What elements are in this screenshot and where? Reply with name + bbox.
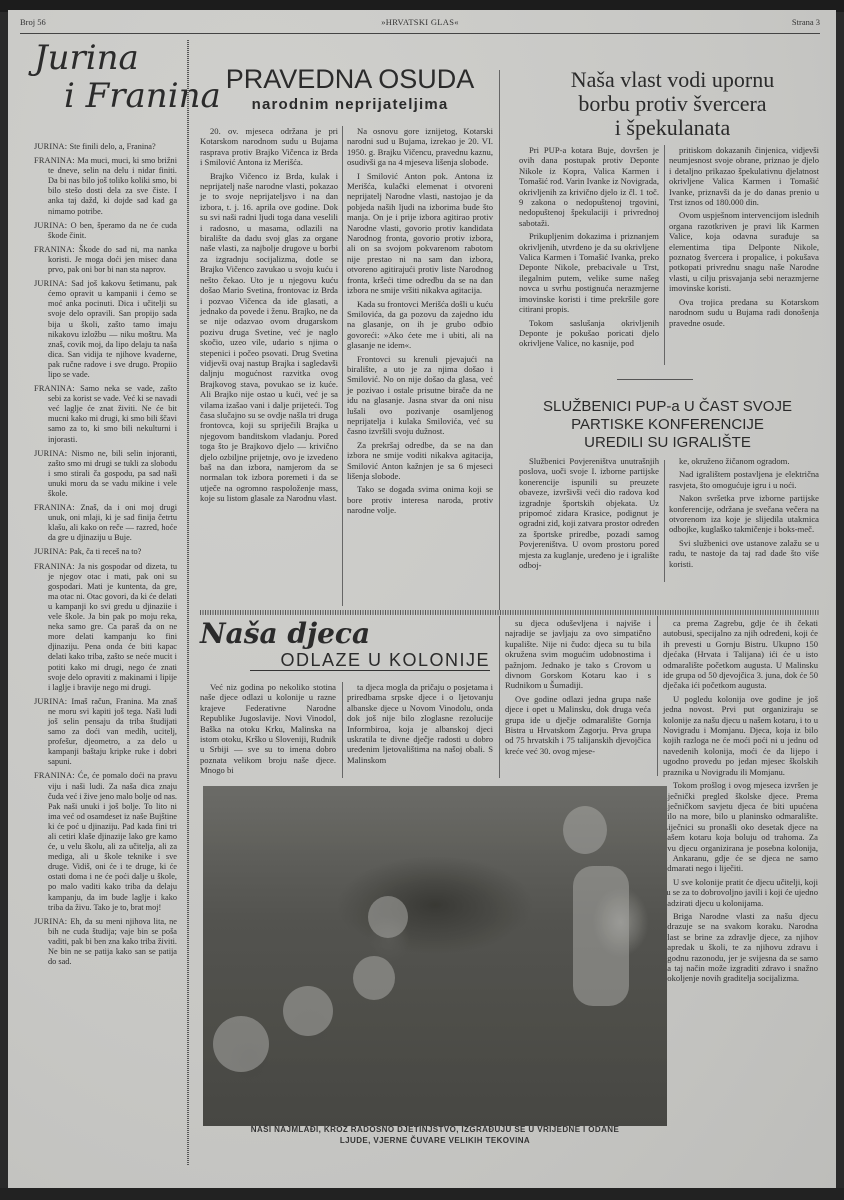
photo-figure [573, 866, 629, 1006]
masthead-rule [20, 33, 820, 34]
osuda-column-2: Na osnovu gore iznijetog, Kotarski narod… [347, 126, 493, 519]
paragraph: Prikupljenim dokazima i priznanjem okriv… [519, 231, 659, 314]
speaker-name: JURINA: [34, 449, 72, 458]
djeca-column-1: Već niz godina po nekoliko stotina naše … [200, 682, 336, 779]
svercer-headline-line3: i špekulanata [510, 116, 835, 140]
speaker-name: FRANINA: [34, 384, 80, 393]
masthead: Broj 56 »HRVATSKI GLAS« Strana 3 [20, 14, 820, 32]
dialogue-line: FRANINA: Će, će pomalo doći na pravu vij… [34, 771, 177, 912]
paragraph: 20. ov. mjeseca održana je pri Kotarskom… [200, 126, 338, 168]
osuda-column-1: 20. ov. mjeseca održana je pri Kotarskom… [200, 126, 338, 507]
column-divider [342, 682, 343, 778]
paragraph: I Smilović Anton pok. Antona iz Merišća,… [347, 171, 493, 296]
paragraph: Već niz godina po nekoliko stotina naše … [200, 682, 336, 776]
paragraph: Kada su frontovci Merišća došli u kuću S… [347, 299, 493, 351]
igraliste-headline-line3: UREDILI SU IGRALIŠTE [515, 434, 820, 452]
djeca-column-2: ta djeca mogla da pričaju o posjetama i … [347, 682, 493, 768]
paragraph: Za prekršaj odredbe, da se na dan izbora… [347, 440, 493, 482]
osuda-subheadline: narodnim neprijateljima [200, 96, 500, 113]
caption-line-1: NAŠI NAJMLAĐI, KROZ RADOSNO DJETINJSTVO,… [205, 1124, 665, 1135]
dialogue-line: JURINA: Ste finili delo, a, Franina? [34, 142, 177, 152]
speaker-name: JURINA: [34, 917, 70, 926]
paragraph: pritiskom dokazanih činjenica, vidjevši … [669, 145, 819, 207]
section-rule [200, 610, 820, 615]
jurina-title-line1: Jurina [34, 40, 139, 76]
svercer-column-2: pritiskom dokazanih činjenica, vidjevši … [669, 145, 819, 331]
svercer-headline-line1: Naša vlast vodi upornu [510, 68, 835, 92]
djeca-headline-script: Naša djeca [200, 618, 370, 650]
osuda-headline: PRAVEDNA OSUDA [200, 64, 500, 94]
igraliste-column-2: ke, okruženo žičanom ogradom.Nad igrališ… [669, 456, 819, 572]
paragraph: Ova trojica predana su Kotarskom narodno… [669, 297, 819, 328]
page-number: Strana 3 [792, 17, 820, 27]
paragraph: ke, okruženo žičanom ogradom. [669, 456, 819, 466]
column-divider [342, 126, 343, 606]
column-divider [499, 616, 500, 778]
paragraph: Službenici Povjereništva unutrašnjih pos… [519, 456, 659, 570]
djeca-column-4: ca prema Zagrebu, gdje će ih čekati auto… [663, 618, 818, 987]
column-divider [664, 460, 665, 582]
paragraph: Na osnovu gore iznijetog, Kotarski narod… [347, 126, 493, 168]
paragraph: Frontovci su krenuli pjevajući na birali… [347, 354, 493, 437]
dialogue-line: FRANINA: Ma muci, muci, ki smo brižni te… [34, 156, 177, 217]
paragraph: Briga Narodne vlasti za našu djecu odraz… [663, 911, 818, 984]
speaker-name: FRANINA: [34, 503, 80, 512]
svercer-column-1: Pri PUP-a kotara Buje, dovršen je ovih d… [519, 145, 659, 352]
paragraph: Pri PUP-a kotara Buje, dovršen je ovih d… [519, 145, 659, 228]
dialogue-line: JURINA: Sad još kakovu šetimanu, pak ćem… [34, 279, 177, 380]
dialogue-line: FRANINA: Samo neka se vade, zašto sebi z… [34, 384, 177, 445]
dialogue-line: FRANINA: Ja nis gospodar od dizeta, tu j… [34, 562, 177, 693]
speaker-name: FRANINA: [34, 156, 77, 165]
dialogue-line: JURINA: O ben, šperamo da ne će cuda ško… [34, 221, 177, 241]
svercer-headline-line2: borbu protiv švercera [510, 92, 835, 116]
column-divider [187, 40, 189, 1165]
dialogue-line: FRANINA: Znaš, da i oni moj drugi unuk, … [34, 503, 177, 543]
paragraph: Tokom saslušanja okrivljenih Deponte je … [519, 318, 659, 349]
paragraph: Tokom prošlog i ovog mjeseca izvršen je … [663, 780, 818, 874]
photo-figure [563, 806, 607, 854]
igraliste-column-1: Službenici Povjereništva unutrašnjih pos… [519, 456, 659, 573]
speaker-name: FRANINA: [34, 245, 79, 254]
paragraph: Nakon svršetka prve izborne partijske ko… [669, 493, 819, 535]
paragraph: Tako se događa svima onima koji se bore … [347, 484, 493, 515]
column-divider [657, 616, 658, 776]
dialogue-line: JURINA: Nismo ne, bili selin injoranti, … [34, 449, 177, 499]
dialogue-line: JURINA: Pak, ča ti receš na to? [34, 547, 177, 557]
paragraph: U sve kolonije pratit će djecu učitelji,… [663, 877, 818, 908]
speaker-name: JURINA: [34, 697, 71, 706]
paper-name: »HRVATSKI GLAS« [20, 17, 820, 27]
paragraph: Nad igralištem postavljena je električna… [669, 469, 819, 490]
photo-figure [283, 986, 333, 1036]
dialogue-line: FRANINA: Škode do sad ni, ma nanka koris… [34, 245, 177, 275]
speaker-name: JURINA: [34, 279, 71, 288]
jurina-dialogue: JURINA: Ste finili delo, a, Franina?FRAN… [34, 142, 177, 971]
scan-bottom-edge [0, 1188, 844, 1200]
photo-caption: NAŠI NAJMLAĐI, KROZ RADOSNO DJETINJSTVO,… [205, 1124, 665, 1146]
paragraph: Ovom uspješnom intervencijom islednih or… [669, 210, 819, 293]
paragraph: ta djeca mogla da pričaju o posjetama i … [347, 682, 493, 765]
jurina-title-line2: i Franina [64, 78, 221, 114]
article-separator [617, 379, 693, 380]
paragraph: U pogledu kolonija ove godine je još jed… [663, 694, 818, 777]
column-divider [664, 145, 665, 365]
paragraph: Ove godine odlazi jedna grupa naše djece… [505, 694, 651, 756]
column-divider [499, 70, 500, 610]
children-photo [203, 786, 667, 1126]
paragraph: Svi službenici ove ustanove zalažu se u … [669, 538, 819, 569]
caption-line-2: LJUDE, VJERNE ČUVARE VELIKIH TEKOVINA [205, 1135, 665, 1146]
photo-figure [213, 1016, 269, 1072]
speaker-name: JURINA: [34, 221, 71, 230]
djeca-column-3: su djeca oduševljena i najviše i najradi… [505, 618, 651, 759]
dialogue-line: JURINA: Imaš račun, Franina. Ma znaš ne … [34, 697, 177, 768]
speaker-name: JURINA: [34, 142, 69, 151]
photo-figure [353, 956, 395, 1000]
speaker-name: FRANINA: [34, 562, 78, 571]
paragraph: su djeca oduševljena i najviše i najradi… [505, 618, 651, 691]
speaker-name: JURINA: [34, 547, 69, 556]
headline-underline [250, 670, 490, 671]
djeca-headline-caps: ODLAZE U KOLONIJE [248, 650, 490, 671]
paragraph: ca prema Zagrebu, gdje će ih čekati auto… [663, 618, 818, 691]
paragraph: Brajko Vičenco iz Brda, kulak i neprijat… [200, 171, 338, 504]
igraliste-headline-line2: PARTISKE KONFERENCIJE [515, 416, 820, 434]
igraliste-headline-line1: SLUŽBENICI PUP-a U ČAST SVOJE [515, 398, 820, 416]
speaker-name: FRANINA: [34, 771, 78, 780]
photo-figure [368, 896, 408, 938]
dialogue-line: JURINA: Eh, da su meni njihova lita, ne … [34, 917, 177, 967]
